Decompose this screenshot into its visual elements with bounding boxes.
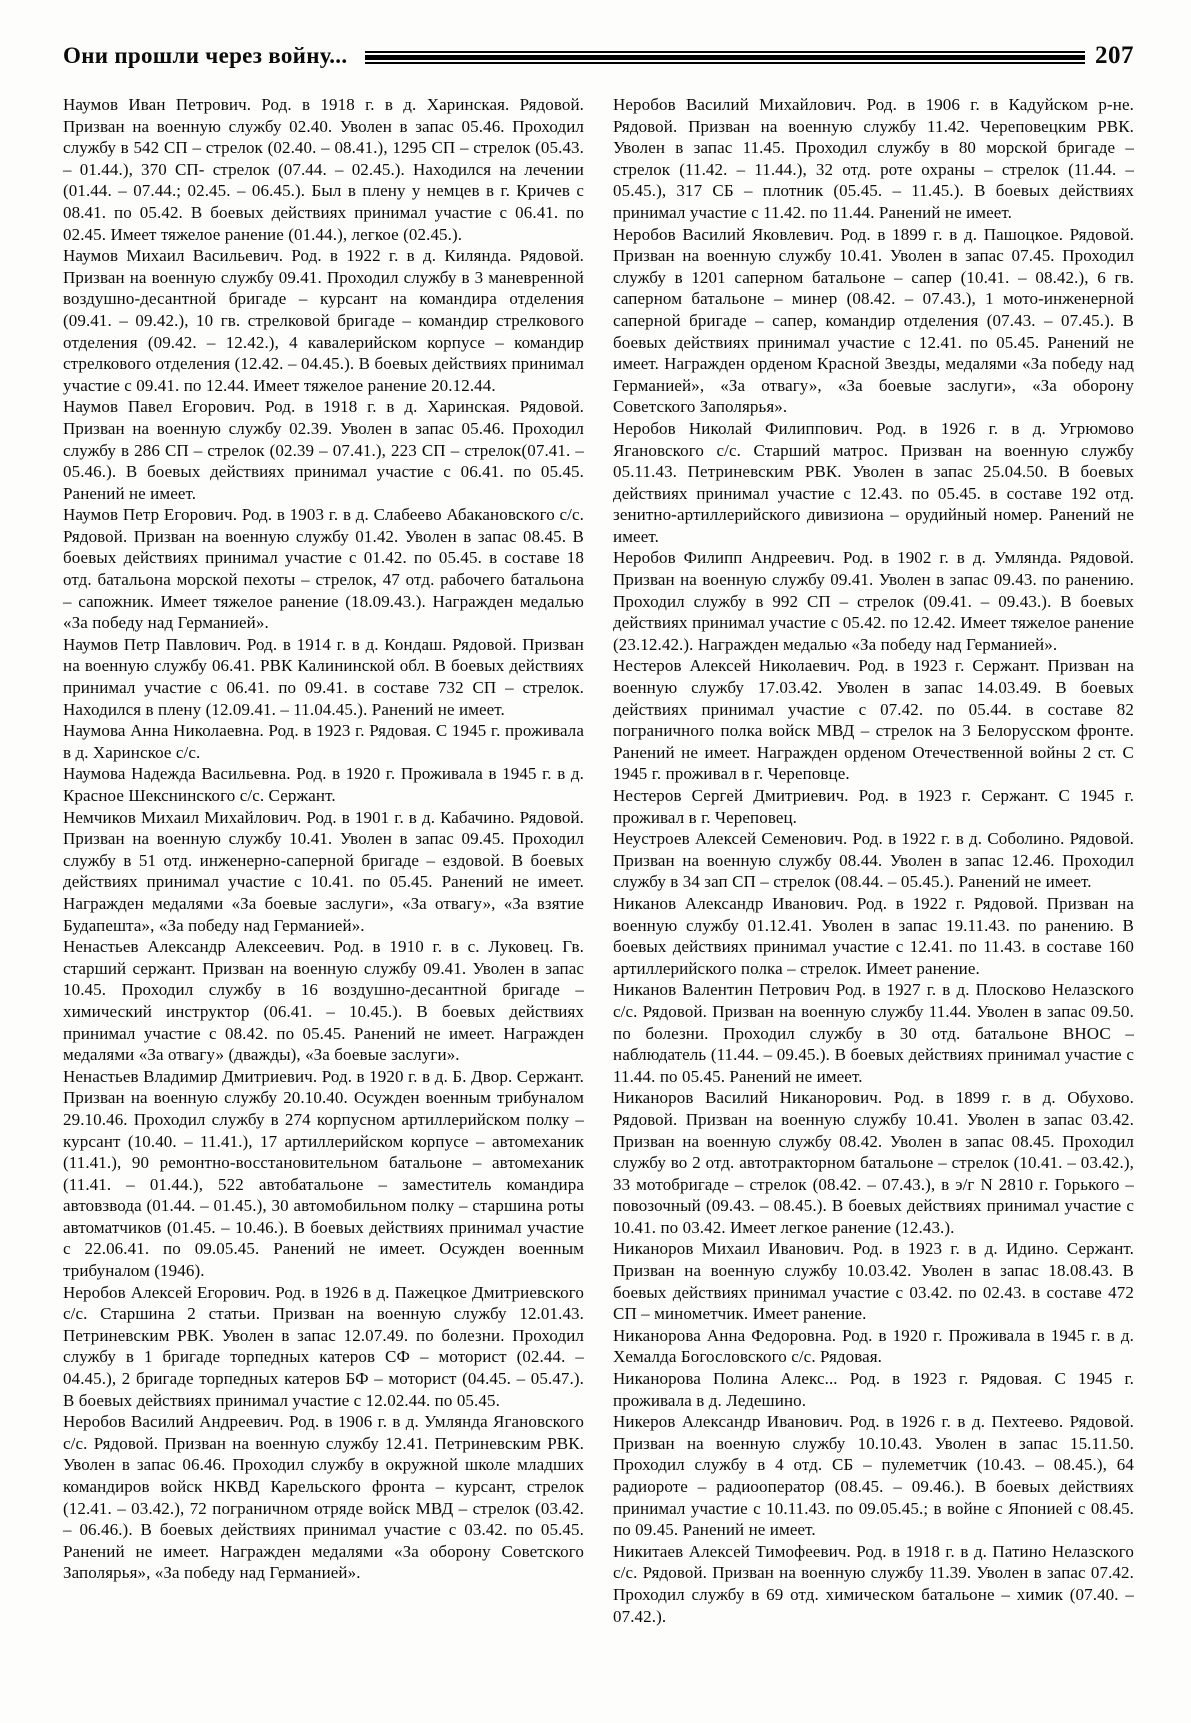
veteran-entry: Ненастьев Владимир Дмитриевич. Род. в 19…: [63, 1066, 584, 1282]
veteran-entry: Неробов Николай Филиппович. Род. в 1926 …: [613, 418, 1134, 548]
veteran-entry: Немчиков Михаил Михайлович. Род. в 1901 …: [63, 807, 584, 937]
veteran-entry: Нестеров Алексей Николаевич. Род. в 1923…: [613, 655, 1134, 785]
veteran-entry: Никанорова Анна Федоровна. Род. в 1920 г…: [613, 1325, 1134, 1368]
veteran-entry: Никитаев Алексей Тимофеевич. Род. в 1918…: [613, 1541, 1134, 1627]
page-header: Они прошли через войну... 207: [63, 42, 1134, 70]
veteran-entry: Никаноров Василий Никанорович. Род. в 18…: [613, 1087, 1134, 1238]
veteran-entry: Ненастьев Александр Алексеевич. Род. в 1…: [63, 936, 584, 1066]
veteran-entry: Никанорова Полина Алекс... Род. в 1923 г…: [613, 1368, 1134, 1411]
veteran-entry: Неробов Василий Яковлевич. Род. в 1899 г…: [613, 224, 1134, 418]
veteran-entry: Наумов Павел Егорович. Род. в 1918 г. в …: [63, 396, 584, 504]
veteran-entry: Наумова Надежда Васильевна. Род. в 1920 …: [63, 763, 584, 806]
veteran-entry: Наумова Анна Николаевна. Род. в 1923 г. …: [63, 720, 584, 763]
header-rule-bottom-line: [365, 62, 1085, 64]
veteran-entry: Никаноров Михаил Иванович. Род. в 1923 г…: [613, 1238, 1134, 1324]
veteran-entry: Нестеров Сергей Дмитриевич. Род. в 1923 …: [613, 785, 1134, 828]
page-number: 207: [1095, 42, 1134, 70]
veteran-entry: Наумов Петр Павлович. Род. в 1914 г. в д…: [63, 634, 584, 720]
veteran-entry: Наумов Петр Егорович. Род. в 1903 г. в д…: [63, 504, 584, 634]
veteran-entry: Неробов Василий Андреевич. Род. в 1906 г…: [63, 1411, 584, 1584]
veteran-entry: Никанов Александр Иванович. Род. в 1922 …: [613, 893, 1134, 979]
header-rule: [365, 51, 1085, 64]
veteran-entry: Наумов Михаил Васильевич. Род. в 1922 г.…: [63, 245, 584, 396]
veteran-entry: Наумов Иван Петрович. Род. в 1918 г. в д…: [63, 94, 584, 245]
veteran-entry: Никеров Александр Иванович. Род. в 1926 …: [613, 1411, 1134, 1541]
veteran-entry: Неустроев Алексей Семенович. Род. в 1922…: [613, 828, 1134, 893]
veteran-entry: Никанов Валентин Петрович Род. в 1927 г.…: [613, 979, 1134, 1087]
veteran-entry: Неробов Василий Михайлович. Род. в 1906 …: [613, 94, 1134, 224]
veteran-entry: Неробов Филипп Андреевич. Род. в 1902 г.…: [613, 547, 1134, 655]
text-columns: Наумов Иван Петрович. Род. в 1918 г. в д…: [63, 94, 1134, 1627]
right-column: Неробов Василий Михайлович. Род. в 1906 …: [613, 94, 1134, 1627]
left-column: Наумов Иван Петрович. Род. в 1918 г. в д…: [63, 94, 584, 1627]
book-page: Они прошли через войну... 207 Наумов Ива…: [0, 0, 1191, 1723]
running-title: Они прошли через войну...: [63, 43, 347, 69]
veteran-entry: Неробов Алексей Егорович. Род. в 1926 в …: [63, 1282, 584, 1412]
